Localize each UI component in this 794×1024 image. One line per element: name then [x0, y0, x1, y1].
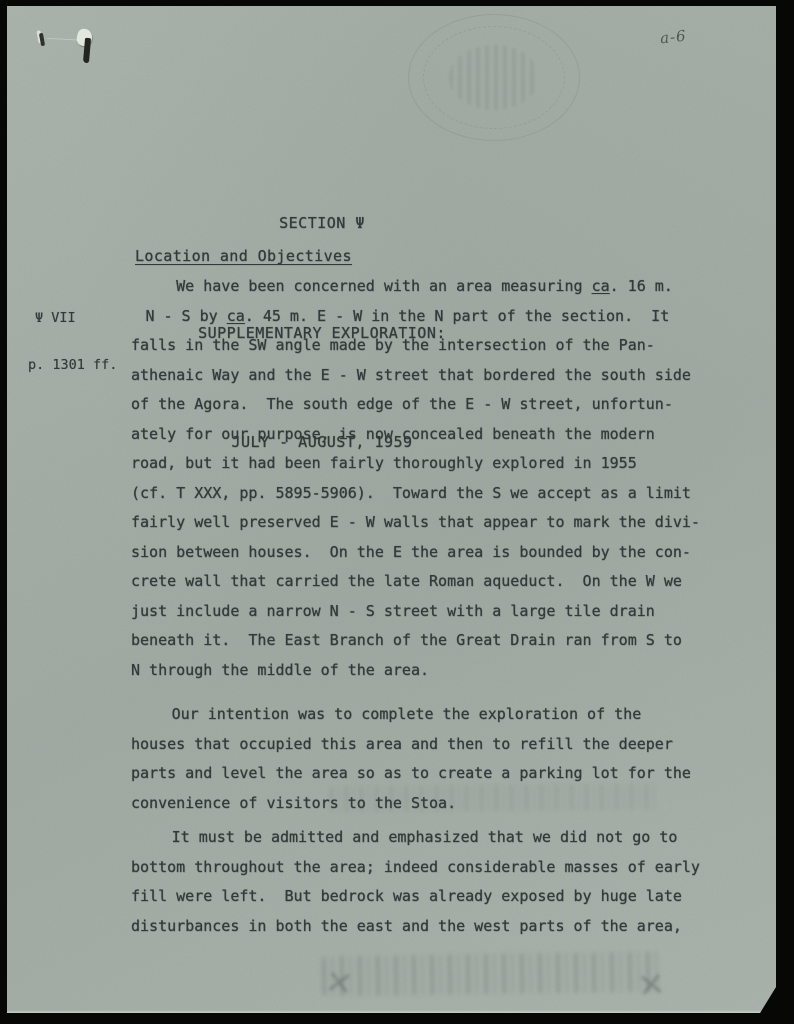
paragraph: It must be admitted and emphasized that …: [131, 823, 731, 941]
bleedthrough-x-mark: ×: [635, 963, 668, 1006]
text-segment: . 45 m. E - W in the N part of the secti…: [245, 307, 669, 325]
text-line: falls in the SW angle made by the inters…: [131, 331, 731, 361]
bleedthrough-x-mark: ×: [322, 960, 356, 1004]
text-line: N through the middle of the area.: [131, 656, 731, 686]
text-line: sion between houses. On the E the area i…: [131, 538, 731, 568]
paper-bottom-edge: [7, 1010, 776, 1013]
paragraph: We have been concerned with an area meas…: [131, 272, 731, 685]
text-segment: Our intention was to complete the explor…: [172, 705, 642, 723]
text-line: beneath it. The East Branch of the Great…: [131, 626, 731, 656]
text-line: (cf. T XXX, pp. 5895-5906). Toward the S…: [131, 479, 731, 509]
text-segment: bottom throughout the area; indeed consi…: [131, 858, 700, 876]
text-line: N - S by ca. 45 m. E - W in the N part o…: [131, 302, 731, 332]
document-page: a-6 SECTION Ψ SUPPLEMENTARY EXPLORATION:…: [7, 6, 776, 1013]
text-segment: road, but it had been fairly thoroughly …: [131, 454, 637, 472]
text-segment: athenaic Way and the E - W street that b…: [131, 366, 691, 384]
text-line: bottom throughout the area; indeed consi…: [131, 853, 731, 883]
text-segment: of the Agora. The south edge of the E - …: [131, 395, 673, 413]
text-segment: (cf. T XXX, pp. 5895-5906). Toward the S…: [131, 484, 691, 502]
text-segment: fill were left. But bedrock was already …: [131, 887, 682, 905]
text-segment: We have been concerned with an area meas…: [176, 277, 591, 295]
body-column: We have been concerned with an area meas…: [131, 272, 731, 941]
text-segment: It must be admitted and emphasized that …: [172, 828, 678, 846]
text-segment: sion between houses. On the E the area i…: [131, 543, 691, 561]
text-line: of the Agora. The south edge of the E - …: [131, 390, 731, 420]
staple-mark: [39, 33, 45, 46]
text-segment: beneath it. The East Branch of the Great…: [131, 631, 682, 649]
section-heading: Location and Objectives: [135, 247, 352, 265]
text-segment: N through the middle of the area.: [131, 661, 429, 679]
pencil-annotation: a-6: [659, 27, 687, 48]
text-line: disturbances in both the east and the we…: [131, 912, 731, 942]
text-line: fill were left. But bedrock was already …: [131, 882, 731, 912]
text-line: ately for our purpose, is now concealed …: [131, 420, 731, 450]
page-reference: p. 1301 ff.: [28, 358, 117, 374]
text-segment: just include a narrow N - S street with …: [131, 602, 655, 620]
staple-hole-mark: [83, 38, 91, 63]
text-segment: ately for our purpose, is now concealed …: [131, 425, 655, 443]
underlined-text: ca: [592, 277, 610, 295]
notebook-reference: Ψ VII: [28, 311, 117, 327]
text-line: athenaic Way and the E - W street that b…: [131, 361, 731, 391]
margin-reference-note: Ψ VII p. 1301 ff.: [28, 280, 117, 404]
text-line: houses that occupied this area and then …: [131, 730, 731, 760]
text-line: crete wall that carried the late Roman a…: [131, 567, 731, 597]
text-segment: falls in the SW angle made by the inters…: [131, 336, 655, 354]
text-segment: disturbances in both the east and the we…: [131, 917, 682, 935]
bleedthrough-mark: [330, 784, 660, 813]
underlined-text: ca: [227, 307, 245, 325]
text-line: just include a narrow N - S street with …: [131, 597, 731, 627]
text-line: Our intention was to complete the explor…: [131, 700, 731, 730]
embossed-seal: [408, 14, 580, 141]
bleedthrough-mark: [322, 952, 663, 997]
text-segment: houses that occupied this area and then …: [131, 735, 673, 753]
section-title: SECTION Ψ: [22, 205, 622, 242]
text-line: fairly well preserved E - W walls that a…: [131, 508, 731, 538]
text-segment: N - S by: [145, 307, 226, 325]
text-segment: parts and level the area so as to create…: [131, 764, 691, 782]
text-line: road, but it had been fairly thoroughly …: [131, 449, 731, 479]
text-line: It must be admitted and emphasized that …: [131, 823, 731, 853]
text-segment: . 16 m.: [610, 277, 673, 295]
text-segment: fairly well preserved E - W walls that a…: [131, 513, 700, 531]
text-line: We have been concerned with an area meas…: [131, 272, 731, 302]
text-segment: crete wall that carried the late Roman a…: [131, 572, 682, 590]
